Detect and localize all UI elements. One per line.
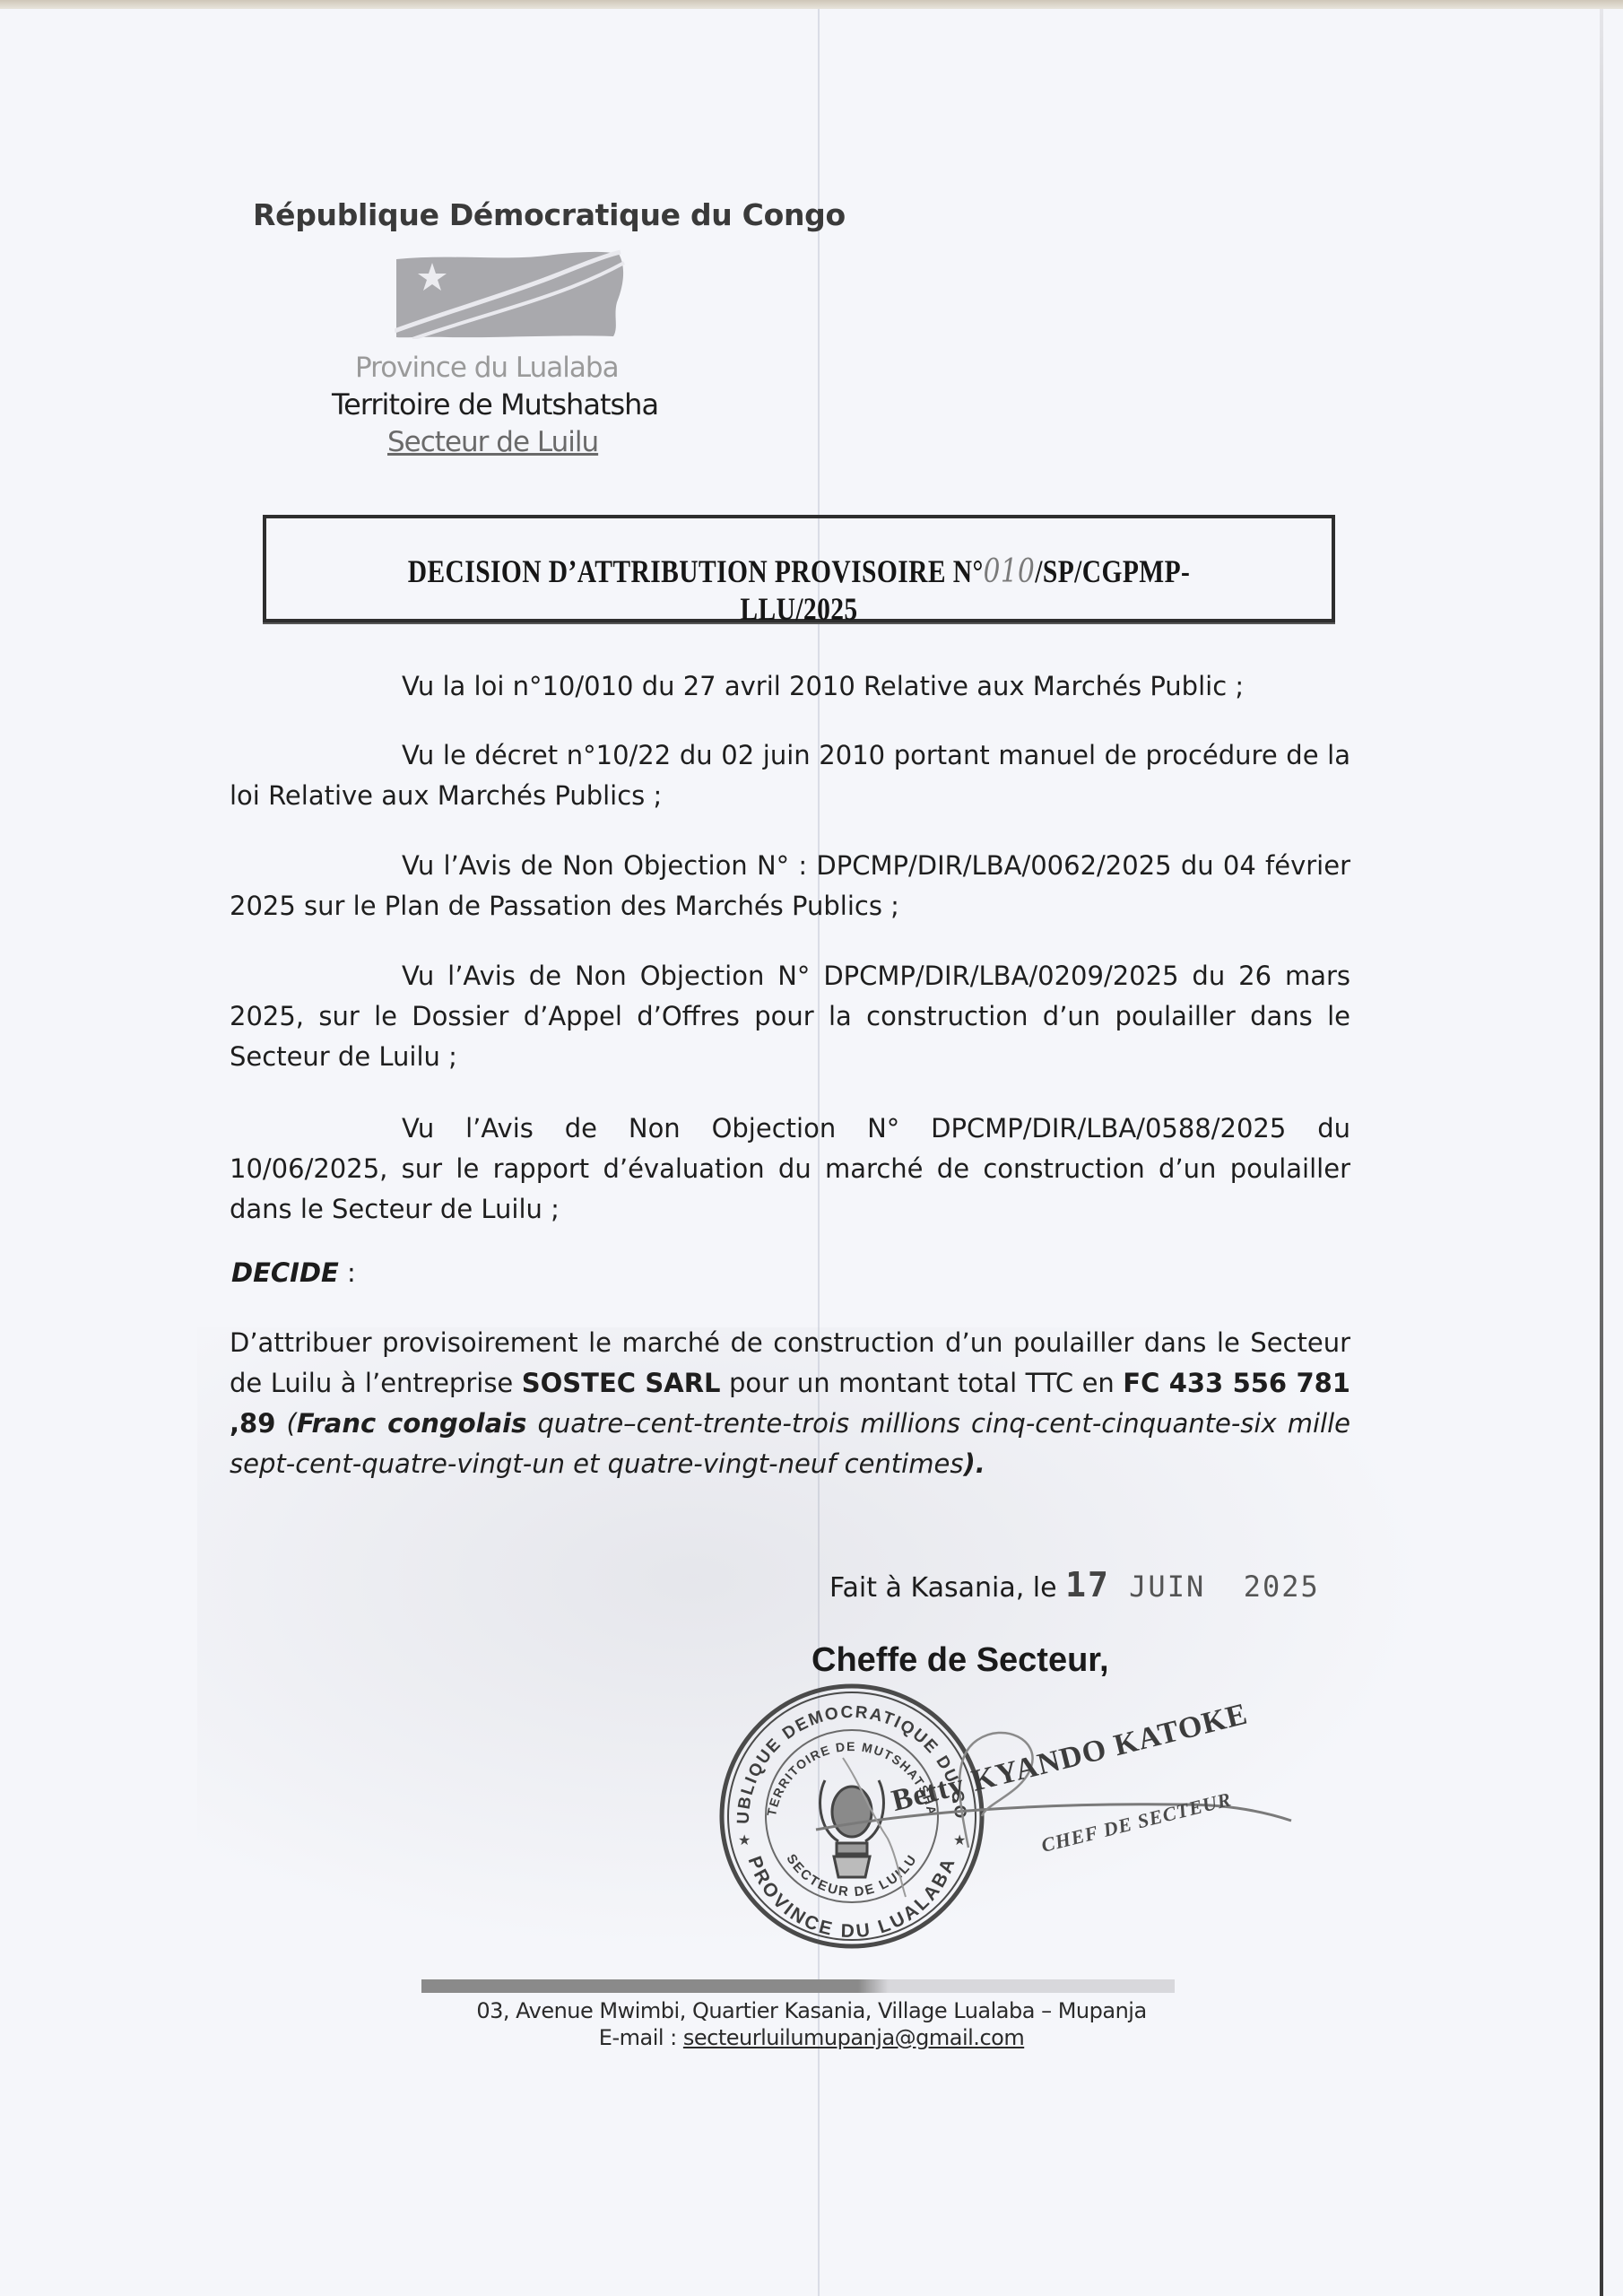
decide-colon: : <box>339 1257 356 1288</box>
stamp-day: 17 <box>1065 1565 1110 1605</box>
scan-edge-right <box>1600 9 1603 2296</box>
decide-heading: DECIDE : <box>231 1257 356 1288</box>
header-territoire: Territoire de Mutshatsha <box>332 387 658 422</box>
footer-email-line: E-mail : secteurluilumupanja@gmail.com <box>0 2025 1623 2050</box>
email-link[interactable]: secteurluilumupanja@gmail.com <box>683 2025 1024 2050</box>
considerant-text: Vu le décret n°10/22 du 02 juin 2010 por… <box>230 740 1350 811</box>
drc-flag-icon <box>395 248 626 339</box>
considerant-text: Vu la loi n°10/010 du 27 avril 2010 Rela… <box>402 671 1244 701</box>
place-date: Fait à Kasania, le 17 JUIN 2025 <box>829 1565 1320 1605</box>
considerant-text: Vu l’Avis de Non Objection N° DPCMP/DIR/… <box>230 961 1350 1072</box>
handwritten-number: 010 <box>984 553 1036 590</box>
considerant-1: Vu la loi n°10/010 du 27 avril 2010 Rela… <box>230 666 1350 707</box>
header-country: République Démocratique du Congo <box>253 197 846 232</box>
paren-close: ). <box>963 1448 985 1479</box>
considerant-3: Vu l’Avis de Non Objection N° : DPCMP/DI… <box>230 846 1350 926</box>
place-prefix: Fait à Kasania, le <box>829 1572 1065 1604</box>
header-province: Province du Lualaba <box>355 352 619 384</box>
decide-label: DECIDE <box>231 1257 339 1288</box>
svg-text:★: ★ <box>738 1831 751 1848</box>
title-prefix: DECISION D’ATTRIBUTION PROVISOIRE N° <box>408 553 984 589</box>
considerant-text: Vu l’Avis de Non Objection N° DPCMP/DIR/… <box>230 1113 1350 1224</box>
company-name: SOSTEC SARL <box>522 1368 721 1398</box>
scan-edge-top <box>0 0 1623 9</box>
footer-divider-bar <box>421 1979 1175 1993</box>
currency-name: Franc congolais <box>297 1408 527 1439</box>
decision-text-2: pour un montant total TTC en <box>721 1368 1124 1398</box>
decision-title-box: DECISION D’ATTRIBUTION PROVISOIRE N°010/… <box>263 515 1335 622</box>
considerant-2: Vu le décret n°10/22 du 02 juin 2010 por… <box>230 735 1350 816</box>
handwritten-signature <box>807 1704 1309 1928</box>
date-stamp: 17 JUIN 2025 <box>1065 1570 1320 1604</box>
decision-paragraph: D’attribuer provisoirement le marché de … <box>230 1323 1350 1484</box>
stamp-year: 2025 <box>1244 1570 1320 1604</box>
considerant-4: Vu l’Avis de Non Objection N° DPCMP/DIR/… <box>230 956 1350 1077</box>
email-label: E-mail : <box>599 2025 683 2050</box>
footer-address: 03, Avenue Mwimbi, Quartier Kasania, Vil… <box>0 1998 1623 2023</box>
considerant-text: Vu l’Avis de Non Objection N° : DPCMP/DI… <box>230 850 1350 921</box>
stamp-month: JUIN <box>1129 1570 1205 1604</box>
paren-open: ( <box>287 1408 297 1439</box>
considerant-5: Vu l’Avis de Non Objection N° DPCMP/DIR/… <box>230 1109 1350 1230</box>
decision-title: DECISION D’ATTRIBUTION PROVISOIRE N°010/… <box>362 552 1236 628</box>
header-secteur: Secteur de Luilu <box>387 426 598 458</box>
